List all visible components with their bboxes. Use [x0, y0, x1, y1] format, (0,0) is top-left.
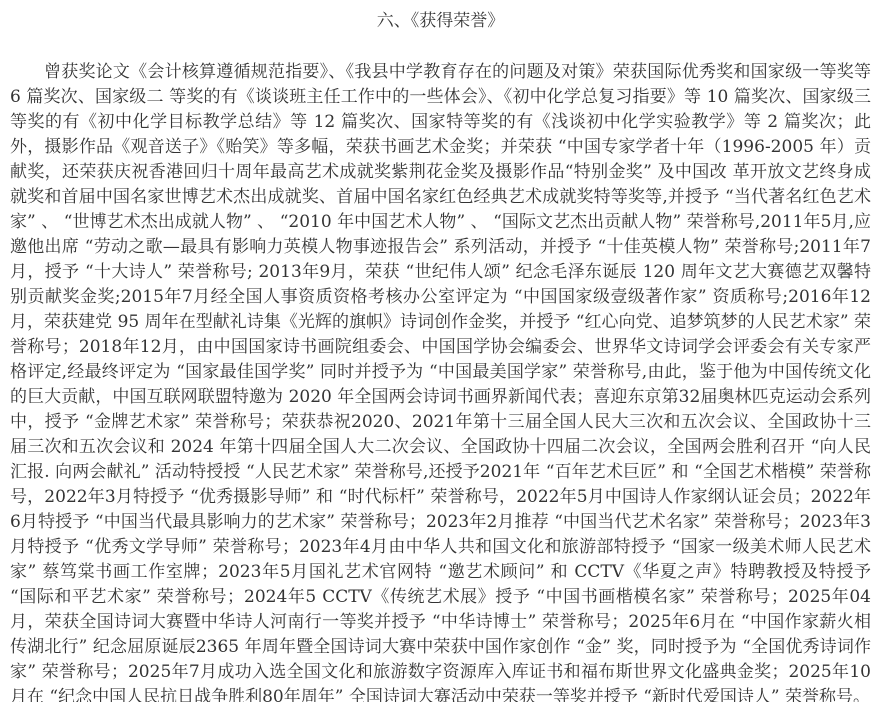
honors-paragraph: 曾获奖论文《会计核算遵循规范指要》、《我县中学教育存在的问题及对策》荣获国际优秀…	[10, 60, 871, 702]
page-title: 六、《获得荣誉》	[10, 10, 871, 32]
document-page: 六、《获得荣誉》 曾获奖论文《会计核算遵循规范指要》、《我县中学教育存在的问题及…	[0, 0, 881, 702]
